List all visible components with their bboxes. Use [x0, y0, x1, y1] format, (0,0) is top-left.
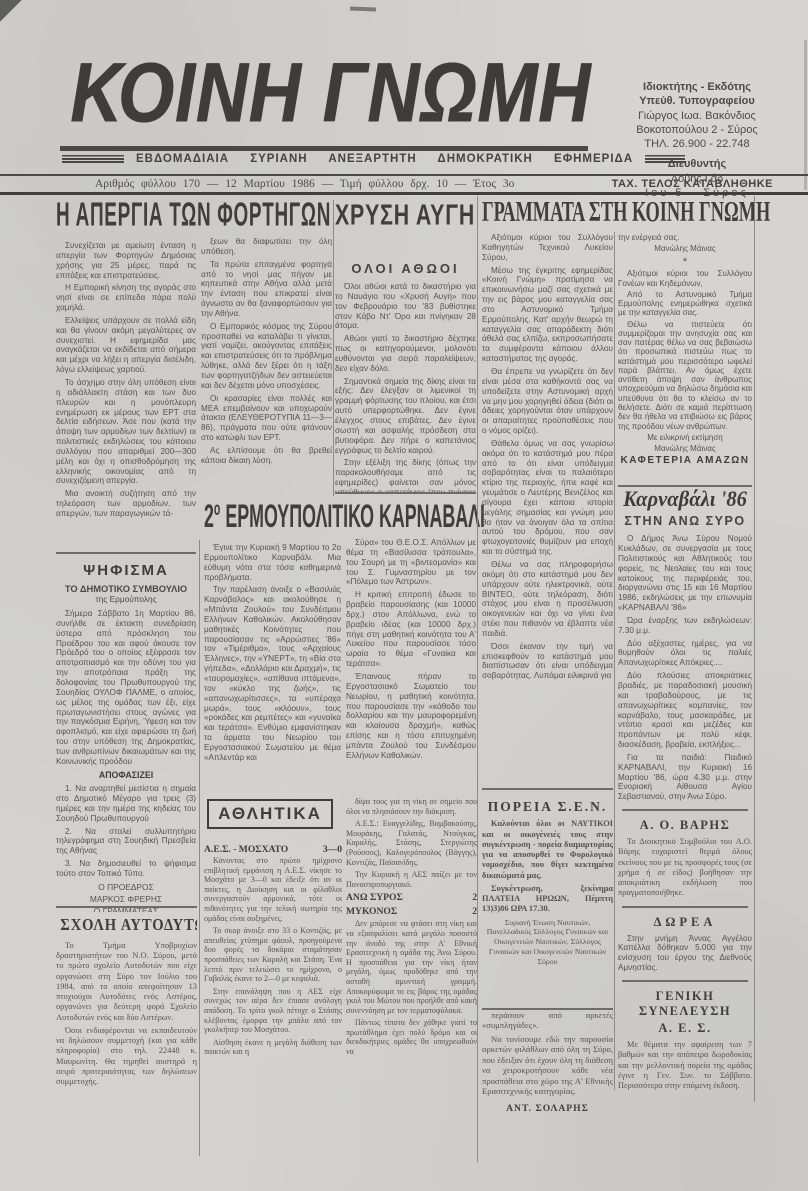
match-score: 3—0: [323, 844, 342, 855]
issue-bar: Αριθμός φύλλου 170 — 12 Μαρτίου 1986 — Τ…: [0, 174, 808, 195]
sports-report-col-b-bottom: Δεν μπόρεσε να φτάσει στη νίκη και να εξ…: [346, 919, 477, 1056]
carnival-2-number: 2: [204, 498, 214, 534]
paragraph: Να τονίσουμε εδώ την παρουσία αρκετών φι…: [482, 1034, 613, 1097]
paragraph: Το άσχημο στην όλη υπόθεση είναι η αδιάλ…: [56, 378, 196, 486]
issue-line: Αριθμός φύλλου 170 — 12 Μαρτίου 1986 — Τ…: [95, 178, 514, 190]
paragraph: Γιώργος Ιωα. Βακόνδιος: [596, 109, 798, 123]
sports-report-col-b: δίψα τους για τη νίκη σε σημείο που όλοι…: [346, 797, 477, 1161]
scan-artifact-dash: [350, 7, 376, 12]
paragraph: Όσοι ενδιαφέρονται να εκπαιδευτούν να δη…: [56, 1026, 197, 1088]
sports-report-col-a: Κάνοντας στο πρώτο ημίχρονο επιβλητική ε…: [204, 856, 342, 1156]
letter-1-signature: Μανώλης Μάινας: [618, 244, 752, 253]
paragraph: Κάνοντας στο πρώτο ημίχρονο επιβλητική ε…: [204, 856, 342, 923]
article-golden-dawn-shipwreck: ΧΡΥΣΗ ΑΥΓΗ ΟΛΟΙ ΑΘΩΟΙ Όλοι αθώοι κατά το…: [335, 198, 476, 494]
masthead-rule: [60, 146, 588, 151]
paragraph: Μανώλης Μάινας: [618, 444, 752, 453]
paragraph: Μια ανοικτή συζήτηση από την τηλεόραση τ…: [56, 489, 196, 519]
carnival-86-subtitle: ΣΤΗΝ ΑΝΩ ΣΥΡΟ: [618, 514, 752, 529]
column-rule: [333, 200, 334, 496]
paragraph: Με θέματα την αφαίρεση των 7 βαθμών και …: [618, 1040, 752, 1091]
sports-section-header: ΑΘΛΗΤΙΚΑ: [207, 799, 333, 829]
paragraph: Ιδιοκτήτης - Εκδότης: [596, 80, 798, 94]
paragraph: Από το Αστυνομικό Τμήμα Ερμούπολης ενημε…: [618, 290, 752, 318]
paragraph: Αθώοι γιατί το δικαστήριο δέχτηκε πως οι…: [335, 334, 476, 373]
column-rule: [754, 196, 755, 1102]
paragraph: Αξιότιμοι κύριοι του Συλλόγου Γονέων και…: [618, 269, 752, 288]
paragraph: 2. Να σταλεί συλλυπητήριο τηλεγράφημα στ…: [56, 827, 196, 857]
paragraph: Οι κρασαρίες είναι πολλές και ΜΕΑ επεμβα…: [201, 394, 332, 443]
sports-continuation-body: περάσουν από αρκετές «συμπληγάδες».Να το…: [482, 1010, 613, 1097]
postal-notice: ΤΑΧ. ΤΕΛΟΣ ΚΑΤΑΒΛΗΘΗΚΕ: [612, 178, 773, 190]
article-truck-strike-col-a: Συνεχίζεται με αμείωτη ένταση η απεργία …: [56, 241, 196, 541]
paragraph: Συγκέντρωση, ξεκίνημα ΠΛΑΤΕΙΑ ΗΡΩΩΝ, Πέμ…: [482, 884, 613, 915]
match-team-away: ΜΥΚΟΝΟΣ: [346, 906, 397, 918]
paragraph: Στην μνήμη Άννας Αγγέλου Καπέλλα δόθηκαν…: [618, 934, 752, 973]
paragraph: Έπαινους πήραν το Εργοστασιακό Σωματείο …: [346, 672, 476, 761]
paragraph: Σύρα» του Θ.Ε.Ο.Σ. Απόλλων με θέμα τη «Β…: [346, 538, 476, 587]
headline-carnival-86: Καρναβάλι '86: [619, 486, 750, 512]
match-team-home: ΑΝΩ ΣΥΡΟΣ: [346, 892, 403, 904]
headline-letters: ΓΡΑΜΜΑΤΑ ΣΤΗ ΚΟΙΝΗ ΓΝΩΜΗ: [482, 196, 770, 229]
paragraph: Το Τμήμα Υποβρυχίων δραστηριοτήτων του Ν…: [56, 941, 197, 1023]
scan-artifact-edge: [804, 40, 807, 190]
paragraph: Μέσω της έγκριτης εφημερίδας «Κοινή Γνώμ…: [482, 266, 613, 364]
letter-1-closing: την ενέργειά σας.: [618, 233, 752, 242]
diving-school-body: Το Τμήμα Υποβρυχίων δραστηριοτήτων του Ν…: [56, 941, 197, 1088]
column-rule: [477, 196, 478, 1162]
paragraph: Αξιότιμοι κύριοι του Συλλόγου Καθηγητών …: [482, 233, 613, 263]
carnival-2-rest: ΕΡΜΟΥΠΟΛΙΤΙΚΟ ΚΑΡΝΑΒΑΛΙ: [220, 498, 485, 534]
letters-col-a: Αξιότιμοι κύριοι του Συλλόγου Καθηγητών …: [482, 233, 613, 785]
paragraph: Έγινε την Κυριακή 9 Μαρτίου το 2ο Ερμουπ…: [204, 543, 341, 582]
paragraph: Σημαντικά σημεία της δίκης είναι τα εξής…: [335, 377, 476, 456]
paragraph: Στην εξέλιξη της δίκης (όπως την παρακολ…: [335, 458, 476, 494]
paragraph: Θάθελα όμως να σας γνωρίσω ακόμα ότι το …: [482, 439, 613, 557]
article-carnival-2-col-a: Έγινε την Κυριακή 9 Μαρτίου το 2ο Ερμουπ…: [204, 543, 341, 797]
sports-report-continuation: περάσουν από αρκετές «συμπληγάδες».Να το…: [482, 1010, 613, 1160]
article-truck-strike-col-b: ξεων θα διαφωτίσει την όλη υπόθεση.Τα πρ…: [201, 237, 332, 539]
paragraph: Θέλω να σας πληροφορήσω ακόμη ότι στο κα…: [482, 560, 613, 639]
paragraph: Ώρα έναρξης των εκδηλώσεων: 7.30 μ.μ.: [618, 616, 752, 636]
paragraph: ΤΗΛ. 26.900 - 22.748: [596, 137, 798, 151]
paragraph: Όλοι αθώοι κατά το δικαστήριο για το Ναυ…: [335, 282, 476, 331]
triple-rule-icon: [645, 155, 685, 163]
match-result-aes-moschato: Α.Ε.Σ. - ΜΟΣΧΑΤΟ 3—0: [204, 844, 342, 855]
paragraph: Την παρέλαση άνοιξε ο «Βασιλιάς Καρνάβαλ…: [204, 585, 341, 762]
paragraph: Τα πρώτα επιταγμένα φορτηγά από το νησί …: [201, 260, 332, 319]
paragraph: Το Διοικητικό Συμβούλιο του Α.Ο. Βάρης ε…: [618, 837, 752, 899]
paragraph: Ο ΠΡΟΕΔΡΟΣ: [56, 882, 196, 893]
seamen-march-organizations: Συριανή Ένωση Ναυτικών, Πανελλαδικός Σύλ…: [482, 918, 613, 967]
paragraph: ΜΑΡΚΟΣ ΦΡΕΡΗΣ: [56, 894, 196, 905]
paragraph: Την Κυριακή η ΑΕΣ παίζει με τον Πανασπρο…: [346, 870, 477, 889]
headline-seamen-march: ΠΟΡΕΙΑ Σ.Ε.Ν.: [482, 799, 613, 815]
paragraph: Σήμερα Σάββατο 1η Μαρτίου 86, συνήλθε σε…: [56, 609, 196, 767]
paragraph: Βοκοτοπούλου 2 - Σύρος: [596, 123, 798, 137]
article-donation: ΔΩΡΕΑ Στην μνήμη Άννας Αγγέλου Καπέλλα δ…: [618, 915, 752, 973]
headline-general-assembly: ΓΕΝΙΚΗ ΣΥΝΕΛΕΥΣΗ: [618, 989, 752, 1019]
section-divider-rule: [622, 980, 748, 982]
column-rule: [614, 232, 615, 1090]
paragraph: περάσουν από αρκετές «συμπληγάδες».: [482, 1010, 613, 1031]
paragraph: ξεων θα διαφωτίσει την όλη υπόθεση.: [201, 237, 332, 257]
sports-byline: ΑΝΤ. ΣΟΛΑΡΗΣ: [482, 1103, 613, 1115]
paragraph: Η κριτική επιτροπή έδωσε το βραβείο παρο…: [346, 590, 476, 669]
letter-2-shop-name: ΚΑΦΕΤΕΡΙΑ ΑΜΑΖΩΝ: [618, 455, 752, 467]
column-rule: [199, 540, 200, 1156]
paragraph: Δύο πλούσιες αποκριάτικες βραδιές, με πα…: [618, 671, 752, 750]
scan-artifact-corner: [0, 0, 36, 26]
letters-divider-star: *: [618, 256, 752, 269]
paragraph: δίψα τους για τη νίκη σε σημείο που όλοι…: [346, 797, 477, 816]
paragraph: 3. Να δημοσιευθεί το ψήφισμα τούτο στον …: [56, 859, 196, 879]
match-result-ano-syros-row: ΑΝΩ ΣΥΡΟΣ 2: [346, 892, 477, 904]
headline-ao-varis: Α. Ο. ΒΑΡΗΣ: [618, 818, 752, 833]
paragraph: Ο Εμπορικός κόσμος της Σύρου προσπαθεί ν…: [201, 322, 332, 391]
letters-col-b: την ενέργειά σας. Μανώλης Μάινας * Αξιότ…: [618, 233, 752, 487]
paragraph: Δύο αξέχαστες ημέρες, για να θυμηθούν όλ…: [618, 639, 752, 669]
paragraph: Καλούνται όλοι οι ΝΑΥΤΙΚΟΙ και οι οικογέ…: [482, 819, 613, 881]
resolution-decides-heading: ΑΠΟΦΑΣΙΖΕΙ: [56, 770, 196, 781]
resolution-body: Σήμερα Σάββατο 1η Μαρτίου 86, συνήλθε σε…: [56, 609, 196, 767]
letter-2-body: Αξιότιμοι κύριοι του Συλλόγου Γονέων και…: [618, 269, 752, 431]
paragraph: Θα έπρεπε να γνωρίζετε ότι δεν είναι μέσ…: [482, 367, 613, 436]
paragraph: Α.Ε.Σ.: Ευαγγελίδης, Βαμβακούσης, Μουράκ…: [346, 819, 477, 867]
section-divider-rule: [622, 809, 748, 811]
article-resolution: ΨΗΦΙΣΜΑ ΤΟ ΔΗΜΟΤΙΚΟ ΣΥΜΒΟΥΛΙΟ της Ερμούπ…: [56, 552, 196, 912]
paragraph: Ο Δήμος Άνω Σύρου Νομού Κυκλάδων, σε συν…: [618, 534, 752, 613]
paragraph: Το σκορ άνοιξε στο 33 ο Κοντιζάς, με απε…: [204, 926, 342, 984]
headline-truck-strike: Η ΑΠΕΡΓΙΑ ΤΩΝ ΦΟΡΤΗΓΩΝ: [56, 196, 331, 234]
publisher-info-lines: Γιώργος Ιωα. ΒακόνδιοςΒοκοτοπούλου 2 - Σ…: [596, 109, 798, 152]
article-general-assembly: ΓΕΝΙΚΗ ΣΥΝΕΛΕΥΣΗ Α. Ε. Σ. Με θέματα την …: [618, 989, 752, 1091]
letter-2-closing-lines: Με ειλικρινή εκτίμησηΜανώλης Μάινας: [618, 433, 752, 454]
paragraph: 1. Να αναρτηθεί μεσίστια η σημαία στο Δη…: [56, 784, 196, 823]
newspaper-front-page: ΚΟΙΝΗ ΓΝΩΜΗ Ιδιοκτήτης - ΕκδότηςΥπεύθ. Τ…: [0, 0, 808, 1191]
match-teams: Α.Ε.Σ. - ΜΟΣΧΑΤΟ: [204, 844, 288, 855]
paragraph: Υπεύθ. Τυπογραφείου: [596, 94, 798, 108]
article-carnival-2-col-b: Σύρα» του Θ.Ε.Ο.Σ. Απόλλων με θέμα τη «Β…: [346, 538, 476, 796]
headline-donation: ΔΩΡΕΑ: [618, 915, 752, 930]
seamen-march-body: Καλούνται όλοι οι ΝΑΥΤΙΚΟΙ και οι οικογέ…: [482, 819, 613, 914]
paragraph: Συνεχίζεται με αμείωτη ένταση η απεργία …: [56, 241, 196, 280]
donation-body: Στην μνήμη Άννας Αγγέλου Καπέλλα δόθηκαν…: [618, 934, 752, 973]
paragraph: Η Εμπορική κίνηση της αγοράς στο νησί εί…: [56, 283, 196, 313]
resolution-decisions: 1. Να αναρτηθεί μεσίστια η σημαία στο Δη…: [56, 784, 196, 879]
triple-rule-icon: [62, 155, 124, 163]
subtitle-row: ΕΒΔΟΜΑΔΙΑΙΑ ΣΥΡΙΑΝΗ ΑΝΕΞΑΡΤΗΤΗ ΔΗΜΟΚΡΑΤΙ…: [62, 153, 712, 165]
subhead-all-acquitted: ΟΛΟΙ ΑΘΩΟΙ: [335, 261, 476, 276]
paragraph: Ελλείψεις υπάρχουν σε πολλά είδη και θα …: [56, 316, 196, 375]
general-assembly-team: Α. Ε. Σ.: [618, 1021, 752, 1036]
newspaper-subtitle: ΕΒΔΟΜΑΔΙΑΙΑ ΣΥΡΙΑΝΗ ΑΝΕΞΑΡΤΗΤΗ ΔΗΜΟΚΡΑΤΙ…: [136, 153, 633, 165]
paragraph: Ας ελπίσουμε ότι θα βρεθεί κάποια δίκαιη…: [201, 446, 332, 466]
sports-report-col-b-top: δίψα τους για τη νίκη σε σημείο που όλοι…: [346, 797, 477, 889]
article-diving-school: ΣΧΟΛΗ ΑΥΤΟΔΥΤΩΝ Το Τμήμα Υποβρυχίων δρασ…: [56, 906, 197, 1164]
ao-varis-body: Το Διοικητικό Συμβούλιο του Α.Ο. Βάρης ε…: [618, 837, 752, 899]
headline-carnival-2: 2ο ΕΡΜΟΥΠΟΛΙΤΙΚΟ ΚΑΡΝΑΒΑΛΙ: [204, 498, 485, 535]
paragraph: Πάντως τίποτα δεν χάθηκε γιατί το πρωτάθ…: [346, 1018, 477, 1056]
article-ao-varis: Α. Ο. ΒΑΡΗΣ Το Διοικητικό Συμβούλιο του …: [618, 818, 752, 899]
newspaper-title: ΚΟΙΝΗ ΓΝΩΜΗ: [70, 44, 591, 142]
paragraph: Στην επανάληψη που η ΑΕΣ είχε συνεχώς το…: [204, 987, 342, 1035]
article-golden-dawn-body: Όλοι αθώοι κατά το δικαστήριο για το Ναυ…: [335, 282, 476, 494]
article-carnival-86: Καρναβάλι '86 ΣΤΗΝ ΑΝΩ ΣΥΡΟ Ο Δήμος Άνω …: [618, 486, 752, 802]
paragraph: Θέλω να πιστεύετε ότι συμμερίζομαι την α…: [618, 320, 752, 431]
carnival-86-body: Ο Δήμος Άνω Σύρου Νομού Κυκλάδων, σε συν…: [618, 534, 752, 802]
section-divider-rule: [622, 906, 748, 908]
paragraph: Με ειλικρινή εκτίμηση: [618, 433, 752, 442]
headline-resolution: ΨΗΦΙΣΜΑ: [56, 562, 196, 580]
article-seamen-march: ΠΟΡΕΙΑ Σ.Ε.Ν. Καλούνται όλοι οι ΝΑΥΤΙΚΟΙ…: [482, 788, 613, 1010]
right-rail: Καρναβάλι '86 ΣΤΗΝ ΑΝΩ ΣΥΡΟ Ο Δήμος Άνω …: [618, 486, 752, 1166]
headline-diving-school: ΣΧΟΛΗ ΑΥΤΟΔΥΤΩΝ: [60, 916, 193, 936]
paragraph: Για τα παιδιά: Παιδικό ΚΑΡΝΑΒΑΛΙ, την Κυ…: [618, 753, 752, 802]
match-result-mykonos-row: ΜΥΚΟΝΟΣ 2: [346, 906, 477, 918]
paragraph: Όσοι έκαναν την τιμή να επισκεφθούν το κ…: [482, 642, 613, 681]
general-assembly-body: Με θέματα την αφαίρεση των 7 βαθμών και …: [618, 1040, 752, 1091]
paragraph: Δεν μπόρεσε να φτάσει στη νίκη και να εξ…: [346, 919, 477, 1015]
publisher-role-lines: Ιδιοκτήτης - ΕκδότηςΥπεύθ. Τυπογραφείου: [596, 80, 798, 109]
headline-golden-dawn: ΧΡΥΣΗ ΑΥΓΗ: [335, 198, 451, 232]
paragraph: Αίσθηση έκανε η μεγάλη διάθεση των παικτ…: [204, 1038, 342, 1057]
resolution-subtitle-city: της Ερμούπολης: [56, 595, 196, 605]
